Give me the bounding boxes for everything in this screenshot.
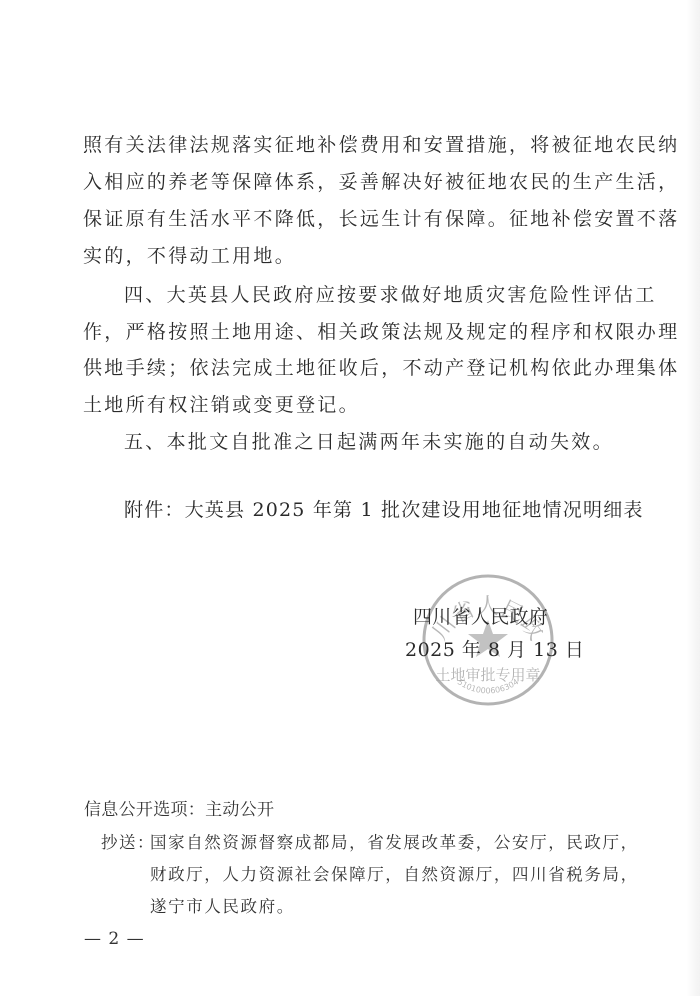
attachment-line: 附件：大英县 2025 年第 1 批次建设用地征地情况明细表: [124, 499, 664, 521]
svg-text:土地审批专用章: 土地审批专用章: [435, 666, 540, 684]
body-line: 四、大英县人民政府应按要求做好地质灾害危险性评估工: [124, 284, 664, 306]
body-line: 土地所有权注销或变更登记。: [83, 394, 623, 416]
page-number: — 2 —: [84, 929, 145, 949]
issuer-name: 四川省人民政府: [413, 606, 548, 628]
body-line: 照有关法律法规落实征地补偿费用和安置措施，将被征地农民纳: [83, 134, 623, 156]
cc-recipients-line: 遂宁市人民政府。: [150, 897, 295, 917]
cc-recipients-line: 财政厅，人力资源社会保障厅，自然资源厅，四川省税务局，: [150, 865, 639, 885]
body-line: 供地手续；依法完成土地征收后，不动产登记机构依此办理集体: [83, 357, 623, 379]
scan-edge-shadow: [686, 0, 700, 996]
body-line: 五、本批文自批准之日起满两年未实施的自动失效。: [124, 431, 664, 453]
issue-date: 2025 年 8 月 13 日: [405, 639, 584, 661]
body-line: 作，严格按照土地用途、相关政策法规及规定的程序和权限办理: [83, 321, 623, 343]
body-line: 保证原有生活水平不降低，长远生计有保障。征地补偿安置不落: [83, 208, 623, 230]
cc-label: 抄送：: [101, 833, 155, 853]
cc-recipients-line: 国家自然资源督察成都局，省发展改革委，公安厅，民政厅，: [150, 833, 639, 853]
body-line: 实的，不得动工用地。: [83, 245, 623, 267]
body-line: 入相应的养老等保障体系，妥善解决好被征地农民的生产生活，: [83, 171, 623, 193]
disclosure-option: 信息公开选项：主动公开: [84, 800, 274, 820]
